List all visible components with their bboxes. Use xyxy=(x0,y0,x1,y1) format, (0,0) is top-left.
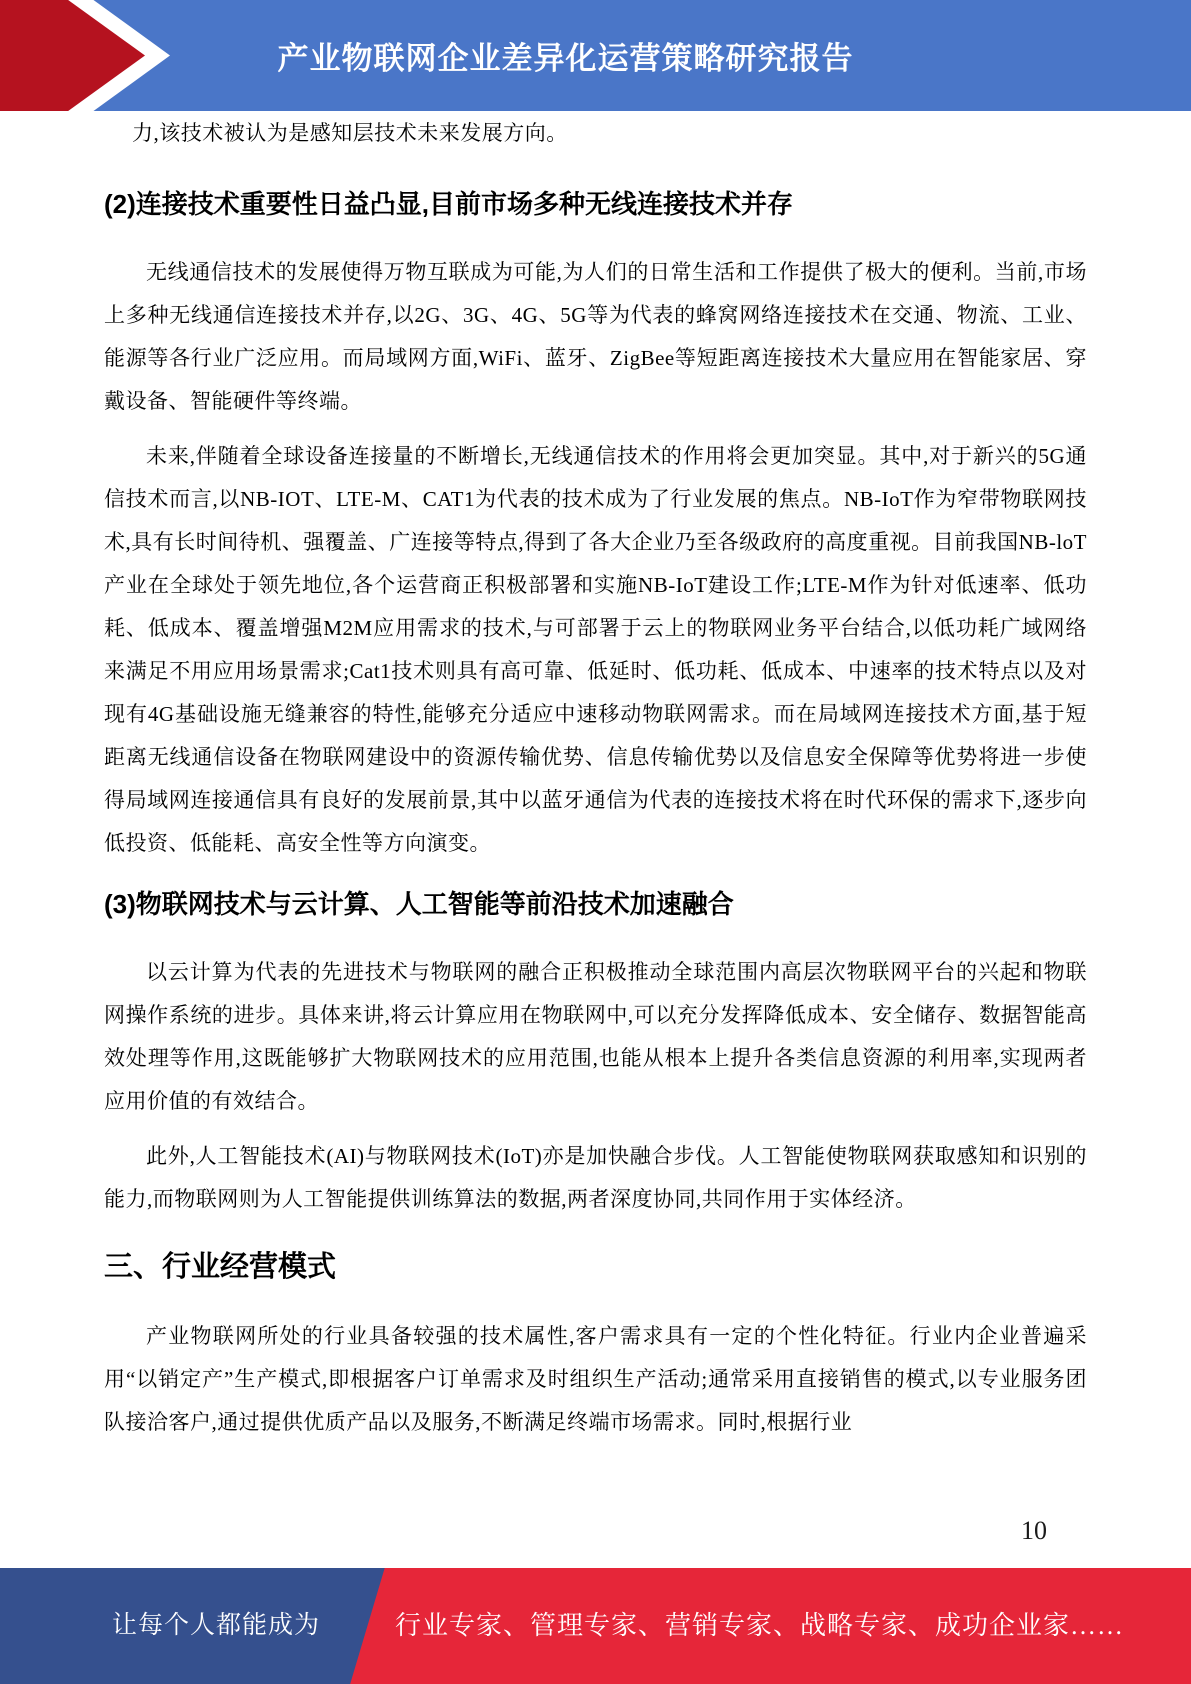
page-footer-banner: 让每个人都能成为 行业专家、管理专家、营销专家、战略专家、成功企业家…… xyxy=(0,1568,1191,1684)
footer-slogan-left: 让每个人都能成为 xyxy=(0,1568,345,1684)
chapter-heading: 三、行业经营模式 xyxy=(104,1249,1087,1285)
paragraph: 无线通信技术的发展使得万物互联成为可能,为人们的日常生活和工作提供了极大的便利。… xyxy=(104,251,1087,423)
paragraph: 此外,人工智能技术(AI)与物联网技术(IoT)亦是加快融合步伐。人工智能使物联… xyxy=(104,1135,1087,1221)
report-page: 产业物联网企业差异化运营策略研究报告 力,该技术被认为是感知层技术未来发展方向。… xyxy=(0,0,1191,1684)
page-header-banner: 产业物联网企业差异化运营策略研究报告 xyxy=(0,0,1191,111)
page-number: 10 xyxy=(1021,1516,1047,1546)
carryover-line: 力,该技术被认为是感知层技术未来发展方向。 xyxy=(104,112,1087,155)
section-heading-3: (3)物联网技术与云计算、人工智能等前沿技术加速融合 xyxy=(104,887,1087,921)
paragraph: 以云计算为代表的先进技术与物联网的融合正积极推动全球范围内高层次物联网平台的兴起… xyxy=(104,951,1087,1123)
footer-slogan-right: 行业专家、管理专家、营销专家、战略专家、成功企业家…… xyxy=(395,1568,1124,1684)
header-title-wrap: 产业物联网企业差异化运营策略研究报告 xyxy=(0,0,1191,111)
section-heading-2: (2)连接技术重要性日益凸显,目前市场多种无线连接技术并存 xyxy=(104,187,1087,221)
page-content: 力,该技术被认为是感知层技术未来发展方向。 (2)连接技术重要性日益凸显,目前市… xyxy=(104,112,1087,1444)
report-title: 产业物联网企业差异化运营策略研究报告 xyxy=(278,33,854,78)
paragraph: 未来,伴随着全球设备连接量的不断增长,无线通信技术的作用将会更加突显。其中,对于… xyxy=(104,435,1087,865)
paragraph: 产业物联网所处的行业具备较强的技术属性,客户需求具有一定的个性化特征。行业内企业… xyxy=(104,1315,1087,1444)
